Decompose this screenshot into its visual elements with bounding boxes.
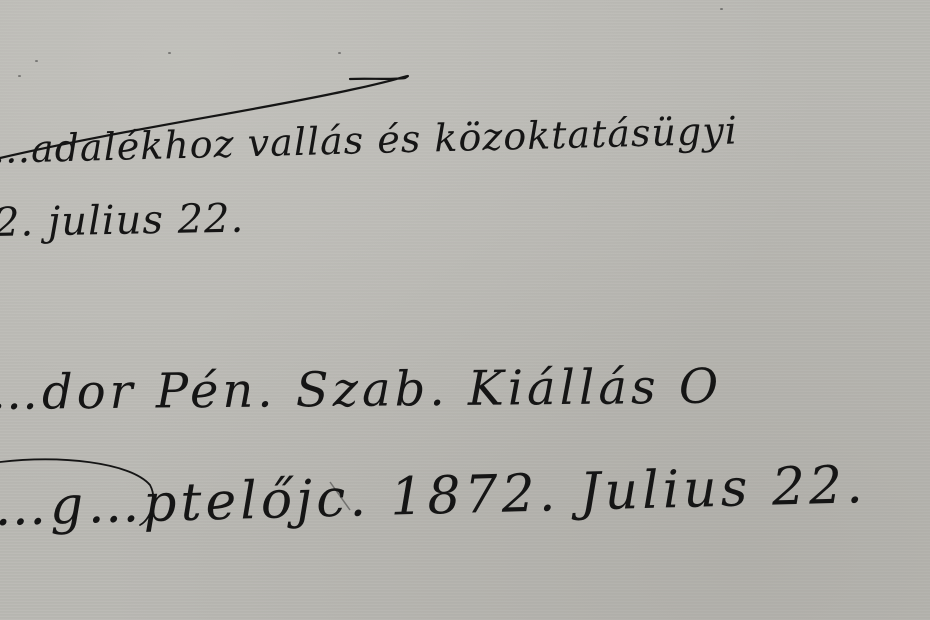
paper-speck <box>338 52 341 54</box>
paper-speck <box>168 52 171 54</box>
manuscript-line-2: 2. julius 22. <box>0 196 245 246</box>
paper-speck <box>720 8 723 10</box>
paper-speck <box>35 60 38 62</box>
document-page: …adalékhoz vallás és közoktatásügyi 2. j… <box>0 0 930 620</box>
manuscript-line-3: …dor Pén. Szab. Kiállás O <box>0 359 722 421</box>
paper-speck <box>18 75 21 77</box>
